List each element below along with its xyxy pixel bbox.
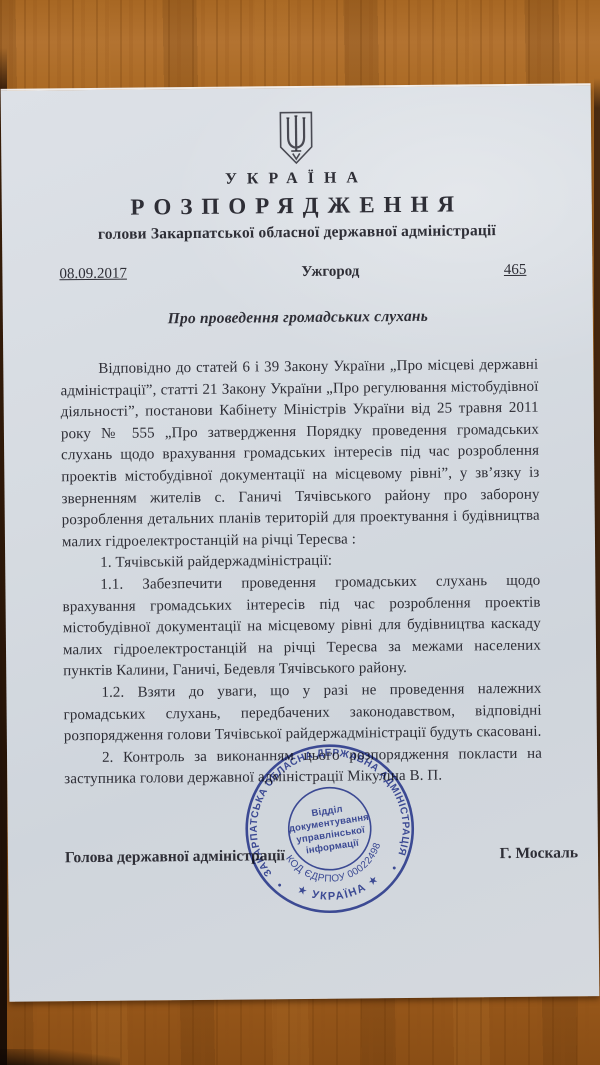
official-round-stamp: ЗАКАРПАТСЬКА ОБЛАСНА ДЕРЖАВНА АДМІНІСТРА… (225, 724, 434, 933)
paragraph-intro: Відповідно до статей 6 і 39 Закону Украї… (60, 355, 540, 554)
stamp-separator-dot-left: • (277, 880, 283, 892)
stamp-separator-dot-right: • (392, 862, 398, 874)
desk-corner-shadow (0, 1049, 120, 1065)
photo-scene: УКРАЇНА РОЗПОРЯДЖЕННЯ голови Закарпатськ… (0, 0, 600, 1065)
paragraph-item-1-1: 1.1. Забезпечити проведення громадських … (62, 571, 541, 684)
document-type-title: РОЗПОРЯДЖЕННЯ (2, 190, 592, 222)
document-date: 08.09.2017 (59, 266, 127, 284)
document-header: УКРАЇНА РОЗПОРЯДЖЕННЯ голови Закарпатськ… (1, 85, 592, 245)
document-paper: УКРАЇНА РОЗПОРЯДЖЕННЯ голови Закарпатськ… (1, 85, 600, 1002)
signature-name: Г. Москаль (499, 844, 578, 863)
document-number: 465 (504, 262, 527, 279)
country-title: УКРАЇНА (1, 167, 591, 191)
paragraph-item-1-2: 1.2. Взяти до уваги, що у разі не провед… (63, 679, 542, 748)
document-subject: Про проведення громадських слухань (3, 306, 593, 330)
document-meta-row: 08.09.2017 Ужгород 465 (2, 261, 592, 284)
issuer-subtitle: голови Закарпатської обласної державної … (2, 221, 592, 245)
ukraine-trident-emblem-icon (276, 110, 317, 166)
document-city: Ужгород (301, 263, 359, 281)
document-body: Відповідно до статей 6 і 39 Закону Украї… (3, 354, 597, 792)
